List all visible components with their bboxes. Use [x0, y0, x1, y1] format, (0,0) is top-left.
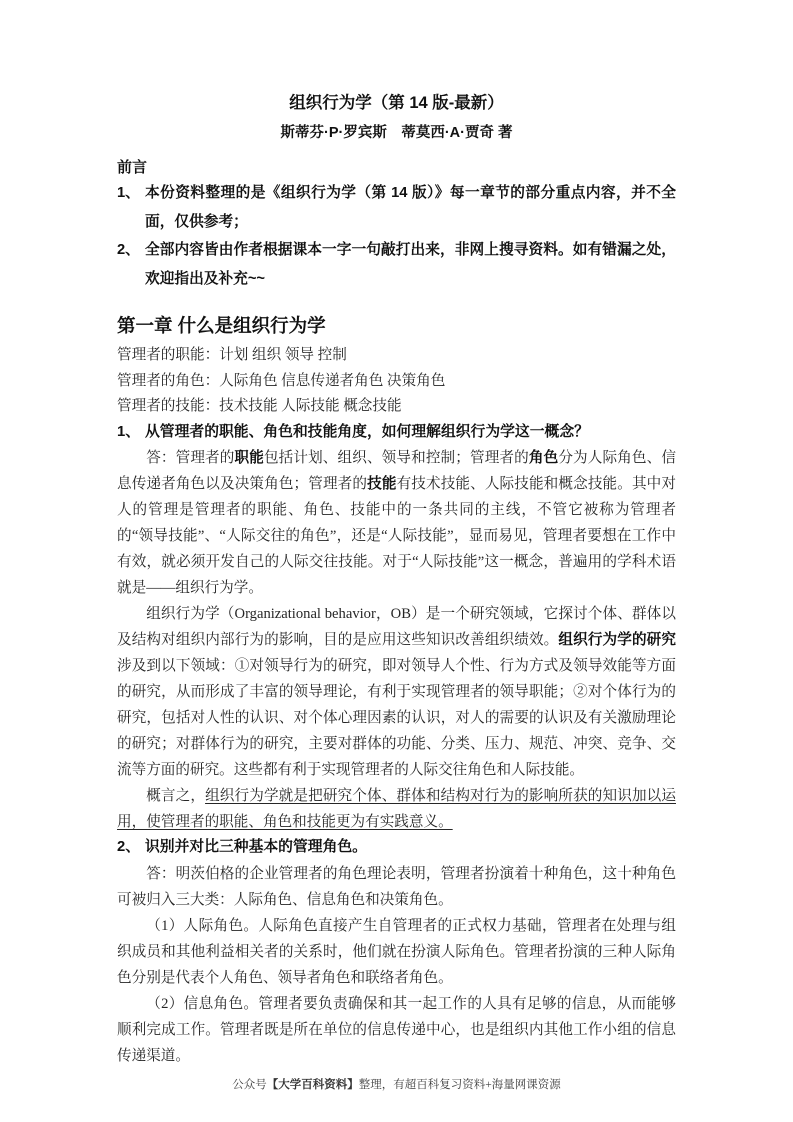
document-page: 组织行为学（第 14 版-最新） 斯蒂芬·P·罗宾斯 蒂莫西·A·贾奇 著 前言…	[0, 0, 793, 1122]
question-2-text: 识别并对比三种基本的管理角色。	[145, 835, 676, 861]
question-1-number: 1、	[117, 420, 145, 446]
answer-1-paragraph-1: 答：管理者的职能包括计划、组织、领导和控制；管理者的角色分为人际角色、信息传递者…	[117, 445, 676, 601]
summary-line-roles: 管理者的角色：人际角色 信息传递者角色 决策角色	[117, 369, 676, 395]
ob-definition-seg-2: 涉及到以下领域：①对领导行为的研究，即对领导人个性、行为方式及领导效能等方面的研…	[117, 658, 676, 778]
answer-1-seg-2: 包括计划、组织、领导和控制；管理者的	[264, 450, 529, 466]
footer-account-name: 【大学百科资料】	[267, 1079, 359, 1091]
question-1: 1、 从管理者的职能、角色和技能角度，如何理解组织行为学这一概念？	[117, 420, 676, 446]
chapter-1-heading: 第一章 什么是组织行为学	[117, 313, 676, 339]
preface-item-1-text: 本份资料整理的是《组织行为学（第 14 版）》每一章节的部分重点内容，并不全面，…	[145, 179, 676, 236]
chapter-summary: 管理者的职能：计划 组织 领导 控制 管理者的角色：人际角色 信息传递者角色 决…	[117, 343, 676, 420]
question-2-number: 2、	[117, 835, 145, 861]
preface-item-1: 1、 本份资料整理的是《组织行为学（第 14 版）》每一章节的部分重点内容，并不…	[117, 179, 676, 236]
preface-item-2: 2、 全部内容皆由作者根据课本一字一句敲打出来，非网上搜寻资料。如有错漏之处，欢…	[117, 236, 676, 293]
answer-1-seg-4: 有技术技能、人际技能和概念技能。其中对人的管理是管理者的职能、角色、技能中的一条…	[117, 476, 676, 596]
footer-seg-2: 整理，有超百科复习资料+海量网课资源	[359, 1079, 561, 1091]
answer-1-conclusion: 概言之，组织行为学就是把研究个体、群体和结构对行为的影响所获的知识加以运用，使管…	[117, 783, 676, 835]
footer-seg-1: 公众号	[232, 1079, 267, 1091]
document-content: 组织行为学（第 14 版-最新） 斯蒂芬·P·罗宾斯 蒂莫西·A·贾奇 著 前言…	[0, 0, 793, 1069]
answer-2-paragraph-3: （2）信息角色。管理者要负责确保和其一起工作的人具有足够的信息，从而能够顺利完成…	[117, 991, 676, 1069]
doc-title: 组织行为学（第 14 版-最新）	[117, 92, 676, 115]
answer-1-bold-roles: 角色	[529, 450, 558, 466]
preface-item-1-number: 1、	[117, 179, 145, 236]
preface-item-2-text: 全部内容皆由作者根据课本一字一句敲打出来，非网上搜寻资料。如有错漏之处，欢迎指出…	[145, 236, 676, 293]
preface-item-2-number: 2、	[117, 236, 145, 293]
answer-1-bold-functions: 职能	[235, 450, 264, 466]
page-footer: 公众号【大学百科资料】整理，有超百科复习资料+海量网课资源	[0, 1077, 793, 1093]
answer-1-bold-skills: 技能	[367, 476, 396, 492]
answer-2-paragraph-1: 答：明茨伯格的企业管理者的角色理论表明，管理者扮演着十种角色，这十种角色可被归入…	[117, 861, 676, 913]
answer-1-seg-1: 答：管理者的	[146, 450, 234, 466]
ob-definition-bold: 组织行为学的研究	[558, 632, 676, 648]
conclusion-lead: 概言之，	[146, 788, 205, 804]
preface-heading: 前言	[117, 157, 676, 179]
answer-2-paragraph-2: （1）人际角色。人际角色直接产生自管理者的正式权力基础，管理者在处理与组织成员和…	[117, 913, 676, 991]
summary-line-functions: 管理者的职能：计划 组织 领导 控制	[117, 343, 676, 369]
doc-authors: 斯蒂芬·P·罗宾斯 蒂莫西·A·贾奇 著	[117, 122, 676, 144]
summary-line-skills: 管理者的技能：技术技能 人际技能 概念技能	[117, 394, 676, 420]
question-2: 2、 识别并对比三种基本的管理角色。	[117, 835, 676, 861]
answer-1-paragraph-2: 组织行为学（Organizational behavior，OB）是一个研究领域…	[117, 601, 676, 783]
question-1-text: 从管理者的职能、角色和技能角度，如何理解组织行为学这一概念？	[145, 420, 676, 446]
